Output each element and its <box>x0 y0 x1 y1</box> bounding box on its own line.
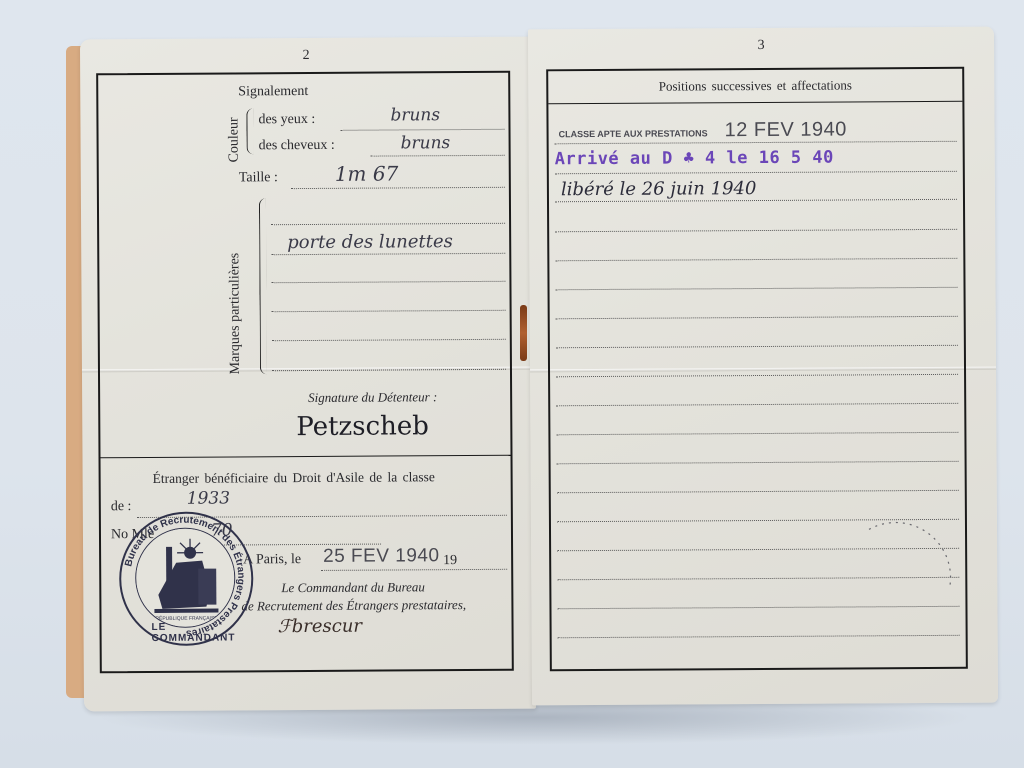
entry-line-9 <box>556 374 958 377</box>
cheveux-label: des cheveux : <box>259 138 335 154</box>
yeux-value: bruns <box>390 105 440 125</box>
entry-line-13 <box>557 490 959 493</box>
arrive-stamp: Arrivé au D ♣ 4 le 16 5 40 <box>555 148 834 170</box>
right-page: 3 Positions successives et affectations … <box>528 27 998 706</box>
positions-title: Positions successives et affectations <box>548 77 962 96</box>
faded-stamp-icon <box>849 509 960 610</box>
official-seal: Bureau de Recrutement des Étrangers Pres… <box>119 511 254 646</box>
marques-line-4 <box>272 310 506 312</box>
marianne-figure-icon: RÉPUBLIQUE FRANÇAISE <box>136 528 235 627</box>
commandant-signature: ℱ﻿brescur <box>277 616 362 638</box>
signalement-heading: Signalement <box>238 84 308 100</box>
marques-line-1 <box>271 223 505 225</box>
couleur-label: Couleur <box>226 117 242 162</box>
entry-line-18 <box>558 635 960 638</box>
title-divider <box>548 101 962 105</box>
entry-line-6 <box>556 287 958 290</box>
marques-line-5 <box>272 339 506 341</box>
entry-line-8 <box>556 345 958 348</box>
marques-line-2 <box>271 253 505 255</box>
classe-apte-date: 12 FEV 1940 <box>724 118 846 142</box>
cheveux-line <box>371 155 505 157</box>
seal-inner: RÉPUBLIQUE FRANÇAISE <box>135 527 236 628</box>
commandant-line-1: Le Commandant du Bureau <box>281 579 425 596</box>
entry-line-11 <box>556 432 958 435</box>
marques-brace <box>259 198 267 374</box>
page-number-left: 2 <box>80 47 532 66</box>
asile-line: Étranger bénéficiaire du Droit d'Asile d… <box>153 469 435 487</box>
yeux-label: des yeux : <box>258 112 315 128</box>
right-page-frame: Positions successives et affectations CL… <box>546 67 968 672</box>
cheveux-value: bruns <box>401 133 451 153</box>
marques-value: porte des lunettes <box>287 231 453 253</box>
libere-entry: libéré le 26 juin 1940 <box>561 178 757 200</box>
couleur-brace <box>246 108 253 154</box>
page-number-right: 3 <box>528 37 994 56</box>
holder-signature: Petzscheb <box>296 411 429 442</box>
section-divider <box>101 455 511 459</box>
paris-date-stamp: 25 FEV 1940 <box>323 545 440 568</box>
yeux-line <box>341 129 505 131</box>
paris-year-suffix: 19 <box>443 553 457 569</box>
entry-line-12 <box>557 461 959 464</box>
entry-line-7 <box>556 316 958 319</box>
taille-label: Taille : <box>239 170 278 186</box>
entry-line-5 <box>555 258 957 261</box>
signature-label: Signature du Détenteur : <box>308 389 437 406</box>
marques-line-6 <box>272 369 506 371</box>
taille-value: 1m 67 <box>335 161 399 185</box>
classe-apte-label: CLASSE APTE AUX PRESTATIONS <box>559 128 708 139</box>
seal-bottom-text: LE COMMANDANT <box>152 621 252 644</box>
left-page: 2 Signalement Couleur des yeux : bruns d… <box>80 37 536 712</box>
entry-line-4 <box>555 229 957 232</box>
entry-line-1 <box>555 141 957 144</box>
paris-line <box>321 569 507 571</box>
entry-line-10 <box>556 403 958 406</box>
marques-line-3 <box>271 281 505 283</box>
commandant-line-2: de Recrutement des Étrangers prestataire… <box>241 597 466 614</box>
entry-line-2 <box>555 171 957 174</box>
taille-line <box>291 187 505 189</box>
marques-label: Marques particulières <box>227 253 244 375</box>
de-value: 1933 <box>187 488 230 508</box>
staple-rust <box>520 305 527 361</box>
